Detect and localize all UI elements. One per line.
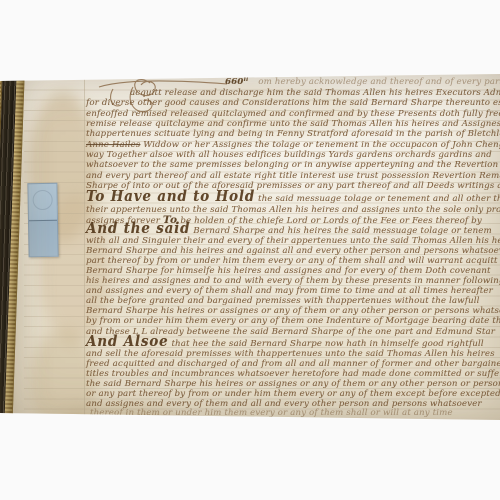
manuscript-line-segment: the said Bernard Sharpe his heires or as… bbox=[86, 379, 500, 389]
tag-crease bbox=[29, 220, 57, 221]
manuscript-line-segment: thereof in them or under him them every … bbox=[90, 408, 453, 418]
manuscript-line-segment: titles troubles and incumbrances whatsoe… bbox=[86, 369, 500, 379]
manuscript-line: with all and Singuler their and every of… bbox=[86, 236, 500, 246]
manuscript-line-segment: To Have and to Hold bbox=[86, 191, 255, 202]
manuscript-line: And Alsoethat hee the said Bernard Sharp… bbox=[86, 337, 484, 349]
manuscript-line: 660ˡⁱom hereby acknowledge and thereof a… bbox=[225, 77, 500, 87]
manuscript-line-segment: for diverse other good causes and Consid… bbox=[86, 98, 500, 108]
manuscript-line: or any part thereof by from or under him… bbox=[86, 389, 500, 399]
manuscript-line: for diverse other good causes and Consid… bbox=[86, 98, 500, 108]
manuscript-line-segment: Bernard Sharpe for himselfe his heires a… bbox=[86, 266, 491, 276]
manuscript-line-segment: that hee the said Bernard Sharpe now hat… bbox=[171, 339, 483, 349]
manuscript-line: Bernard Sharpe for himselfe his heires a… bbox=[86, 266, 491, 276]
manuscript-line-segment: their appertenues unto the said Thomas A… bbox=[86, 205, 500, 215]
manuscript-line: all the before granted and bargained pre… bbox=[86, 296, 480, 306]
manuscript-line: and assignes and every of them shall and… bbox=[86, 286, 493, 296]
manuscript-line-segment: enfeoffed remised released quitclaymed a… bbox=[86, 109, 500, 119]
manuscript-line-segment: 660ˡⁱ bbox=[225, 77, 248, 87]
margin-rule bbox=[84, 78, 85, 416]
manuscript-line: Anne Hailes Widdow or her Assignes the t… bbox=[86, 140, 500, 150]
manuscript-line-segment: way Together alsoe with all houses edifi… bbox=[86, 150, 492, 160]
manuscript-line: To Have and to Holdthe said messuage tol… bbox=[86, 192, 500, 204]
manuscript-line-segment: and assignes and every of them shall and… bbox=[86, 286, 493, 296]
manuscript-line: thereof in them or under him them every … bbox=[90, 408, 453, 418]
manuscript-line-segment: part thereof by from or under him them e… bbox=[86, 256, 498, 266]
manuscript-line-segment: And the said bbox=[86, 223, 190, 234]
manuscript-line: the said Bernard Sharpe his heires or as… bbox=[86, 379, 500, 389]
manuscript-line: remise release quitclayme and confirme u… bbox=[86, 119, 500, 129]
tag-emboss-mark bbox=[32, 190, 52, 210]
manuscript-line-segment: Bernard Sharpe and his heires and agains… bbox=[86, 246, 500, 256]
manuscript-line-segment: om hereby acknowledge and thereof and of… bbox=[258, 77, 500, 87]
manuscript-line: way Together alsoe with all houses edifi… bbox=[86, 150, 492, 160]
manuscript-line-segment: the said messuage tolage or tenement and… bbox=[258, 194, 500, 204]
manuscript-line: titles troubles and incumbrances whatsoe… bbox=[86, 369, 500, 379]
manuscript-line: and every part thereof and all estate ri… bbox=[86, 171, 500, 181]
manuscript-line: acquitt release and discharge him the sa… bbox=[130, 88, 500, 98]
manuscript-line-segment: all the before granted and bargained pre… bbox=[86, 296, 480, 306]
manuscript-line-segment: and sell the aforesaid premisses with th… bbox=[86, 349, 495, 359]
manuscript-line-segment: his heires and assignes and to and with … bbox=[86, 276, 500, 286]
manuscript-line: And the saidBernard Sharpe and his heire… bbox=[86, 224, 492, 236]
manuscript-line-segment: Bernard Sharpe and his heires the said m… bbox=[193, 226, 491, 236]
picture-frame-edge bbox=[0, 74, 25, 420]
manuscript-line: Bernard Sharpe his heires or assignes or… bbox=[86, 306, 500, 316]
manuscript-line: by from or under him them every or any o… bbox=[86, 316, 500, 326]
manuscript-line-segment: Widdow or her Assignes the tolage or ten… bbox=[140, 140, 500, 150]
manuscript-line-segment: and every part thereof and all estate ri… bbox=[86, 171, 500, 181]
manuscript-line-segment: acquitt release and discharge him the sa… bbox=[130, 88, 500, 98]
manuscript-line-segment: or any part thereof by from or under him… bbox=[86, 389, 500, 399]
manuscript-line: Bernard Sharpe and his heires and agains… bbox=[86, 246, 500, 256]
manuscript-line: enfeoffed remised released quitclaymed a… bbox=[86, 109, 500, 119]
manuscript-line: whatsoever to the same premisses belongi… bbox=[86, 160, 500, 170]
manuscript-line-segment: whatsoever to the same premisses belongi… bbox=[86, 160, 500, 170]
manuscript-line: his heires and assignes and to and with … bbox=[86, 276, 500, 286]
manuscript-line: their appertenues unto the said Thomas A… bbox=[86, 205, 500, 215]
manuscript-line-segment: freed acquitted and discharged of and fr… bbox=[86, 359, 500, 369]
manuscript-line-segment: thappertenues scituate lying and being i… bbox=[86, 129, 500, 139]
manuscript-line: part thereof by from or under him them e… bbox=[86, 256, 498, 266]
manuscript-line-segment: remise release quitclayme and confirme u… bbox=[86, 119, 500, 129]
manuscript-line: and sell the aforesaid premisses with th… bbox=[86, 349, 495, 359]
manuscript-line-segment: Anne Hailes bbox=[86, 140, 140, 150]
manuscript-line: freed acquitted and discharged of and fr… bbox=[86, 359, 500, 369]
manuscript-line: thappertenues scituate lying and being i… bbox=[86, 129, 500, 139]
manuscript-line-segment: by from or under him them every or any o… bbox=[86, 316, 500, 326]
manuscript-line-segment: And Alsoe bbox=[86, 336, 168, 347]
manuscript-line-segment: with all and Singuler their and every of… bbox=[86, 236, 500, 246]
manuscript-line-segment: Bernard Sharpe his heires or assignes or… bbox=[86, 306, 500, 316]
framed-manuscript-photo: 660ˡⁱom hereby acknowledge and thereof a… bbox=[0, 74, 500, 420]
blue-archival-tag bbox=[27, 183, 58, 258]
